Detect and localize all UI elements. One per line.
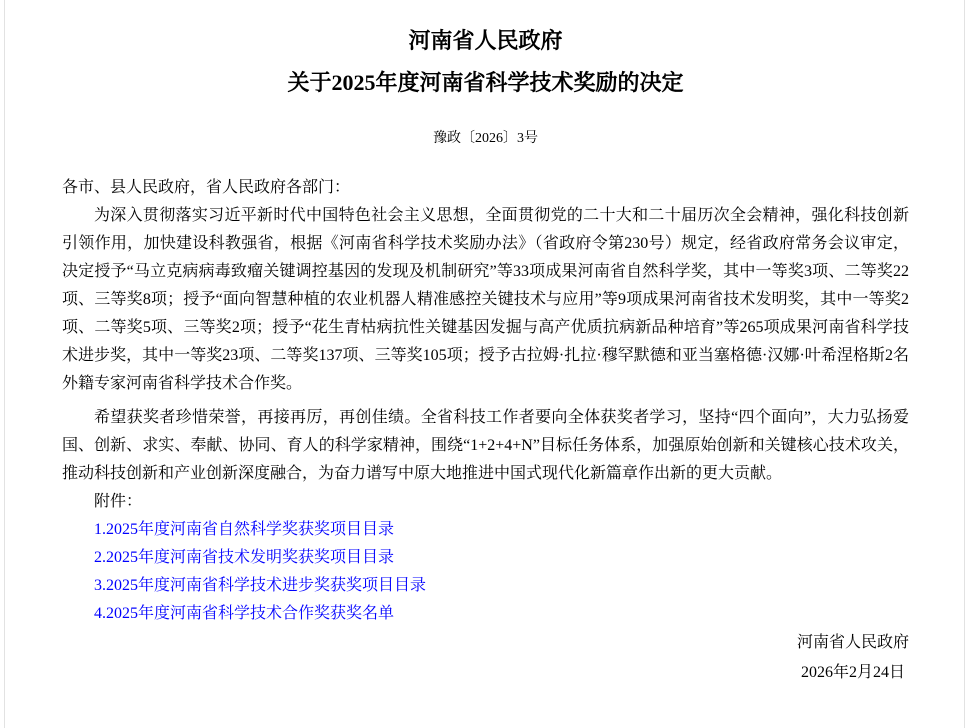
document-title: 河南省人民政府 <box>62 26 909 56</box>
signature-block: 河南省人民政府 2026年2月24日 <box>62 628 909 688</box>
attachments-label: 附件： <box>62 488 909 516</box>
attachment-link-cooperation-award[interactable]: 4.2025年度河南省科学技术合作奖获奖名单 <box>94 605 394 622</box>
document-page: 河南省人民政府 关于2025年度河南省科学技术奖励的决定 豫政〔2026〕3号 … <box>4 0 965 728</box>
body-paragraph-2: 希望获奖者珍惜荣誉，再接再厉，再创佳绩。全省科技工作者要向全体获奖者学习，坚持“… <box>62 404 909 488</box>
document-subtitle: 关于2025年度河南省科学技术奖励的决定 <box>62 68 909 98</box>
salutation: 各市、县人民政府，省人民政府各部门： <box>62 174 909 202</box>
attachment-link-science-progress-award[interactable]: 3.2025年度河南省科学技术进步奖获奖项目目录 <box>94 577 426 594</box>
attachment-row-2: 2.2025年度河南省技术发明奖获奖项目目录 <box>62 544 909 572</box>
body-paragraph-1: 为深入贯彻落实习近平新时代中国特色社会主义思想，全面贯彻党的二十大和二十届历次全… <box>62 202 909 398</box>
signature-issuer: 河南省人民政府 <box>62 628 909 658</box>
attachment-row-3: 3.2025年度河南省科学技术进步奖获奖项目目录 <box>62 572 909 600</box>
signature-date: 2026年2月24日 <box>62 658 909 688</box>
doc-number: 豫政〔2026〕3号 <box>62 130 909 148</box>
attachments-section: 附件： 1.2025年度河南省自然科学奖获奖项目目录 2.2025年度河南省技术… <box>62 488 909 628</box>
attachment-link-natural-science-award[interactable]: 1.2025年度河南省自然科学奖获奖项目目录 <box>94 521 394 538</box>
attachment-link-technology-invention-award[interactable]: 2.2025年度河南省技术发明奖获奖项目目录 <box>94 549 394 566</box>
attachment-row-1: 1.2025年度河南省自然科学奖获奖项目目录 <box>62 516 909 544</box>
document-body: 各市、县人民政府，省人民政府各部门： 为深入贯彻落实习近平新时代中国特色社会主义… <box>62 174 909 688</box>
attachment-row-4: 4.2025年度河南省科学技术合作奖获奖名单 <box>62 600 909 628</box>
